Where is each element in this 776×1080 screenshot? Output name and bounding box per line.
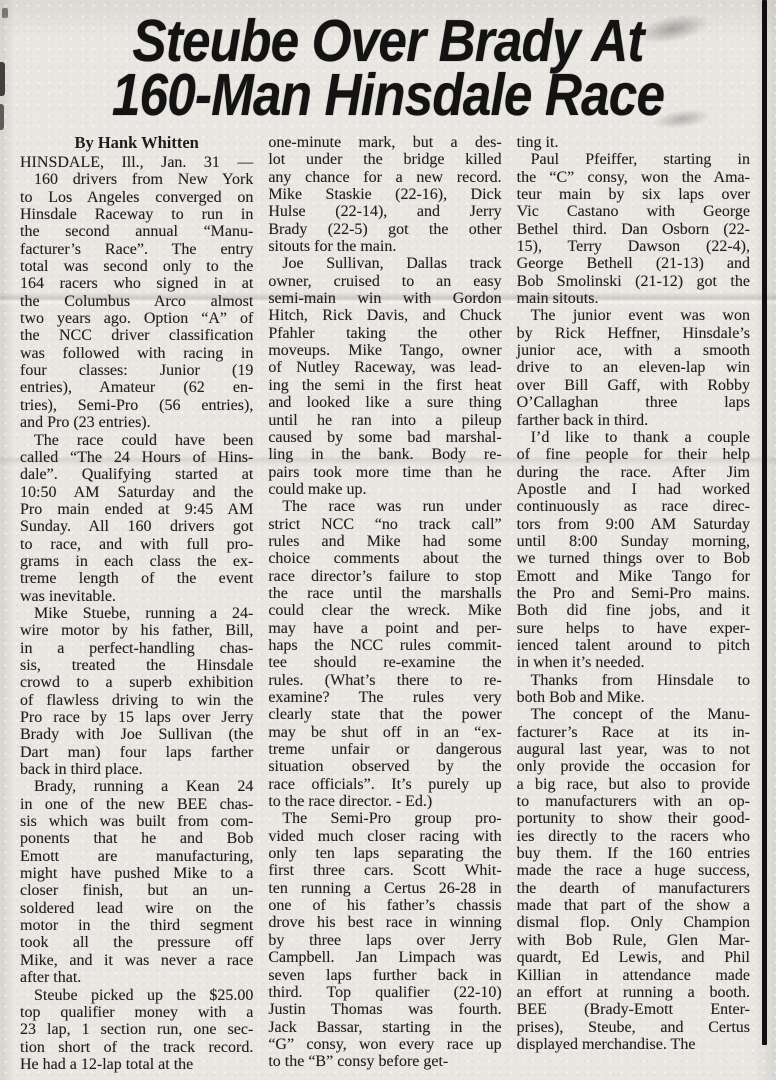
text-line: dismal flop. Only Champion xyxy=(517,914,750,931)
text-line: choice comments about the xyxy=(268,550,501,567)
text-line: Justin Thomas was fourth. xyxy=(268,1001,501,1018)
text-line: to Los Angeles converged on xyxy=(20,189,253,206)
text-line: the race until the marshalls xyxy=(268,585,501,602)
text-line: displayed merchandise. The xyxy=(517,1036,750,1053)
text-line: Hinsdale Raceway to run in xyxy=(20,206,253,223)
text-line: tion short of the track record. xyxy=(20,1039,253,1056)
text-line: crowd to a superb exhibition xyxy=(20,674,253,691)
text-line: took all the pressure off xyxy=(20,934,253,951)
text-line: could make up. xyxy=(268,481,501,498)
text-line: facturer’s Race”. The entry xyxy=(20,241,253,258)
text-line: one-minute mark, but a des- xyxy=(268,134,501,151)
text-line: Mike, and it was never a race xyxy=(20,952,253,969)
headline-line-2: 160-Man Hinsdale Race xyxy=(50,68,725,122)
text-line: ten running a Certus 26-28 in xyxy=(268,880,501,897)
text-line: sure helps to have exper- xyxy=(517,620,750,637)
text-line: Both did fine jobs, and it xyxy=(517,602,750,619)
text-line: and looked like a sure thing xyxy=(268,394,501,411)
text-line: wire motor by his father, Bill, xyxy=(20,622,253,639)
text-line: was inevitable. xyxy=(20,588,253,605)
text-line: continuously as race direc- xyxy=(517,498,750,515)
text-line: I’d like to thank a couple xyxy=(517,429,750,446)
text-line: situation observed by the xyxy=(268,758,501,775)
text-line: top qualifier money with a xyxy=(20,1004,253,1021)
text-line: Campbell. Jan Limpach was xyxy=(268,949,501,966)
text-line: treme unfair or dangerous xyxy=(268,741,501,758)
text-line: until 8:00 Sunday morning, xyxy=(517,533,750,550)
text-line: Pro main ended at 9:45 AM xyxy=(20,501,253,518)
text-line: until he ran into a pileup xyxy=(268,412,501,429)
text-line: lot under the bridge killed xyxy=(268,151,501,168)
text-line: the Columbus Arco almost xyxy=(20,293,253,310)
text-line: vided much closer racing with xyxy=(268,828,501,845)
text-line: Brady (22-5) got the other xyxy=(268,221,501,238)
article-column-1: By Hank Whitten HINSDALE, Ill., Jan. 31 … xyxy=(20,134,253,1073)
text-line: main sitouts. xyxy=(517,290,750,307)
text-line: to race, and with full pro- xyxy=(20,536,253,553)
text-line: ting it. xyxy=(517,134,750,151)
text-line: owner, cruised to an easy xyxy=(268,273,501,290)
text-line: to manufacturers with an op- xyxy=(517,793,750,810)
text-line: ing the semi in the first heat xyxy=(268,377,501,394)
text-line: in when it’s needed. xyxy=(517,654,750,671)
text-line: Hitch, Rick Davis, and Chuck xyxy=(268,307,501,324)
text-line: Vic Castano with George xyxy=(517,203,750,220)
text-line: rules. (What’s there to re- xyxy=(268,672,501,689)
text-line: with Bob Rule, Glen Mar- xyxy=(517,932,750,949)
text-line: in one of the new BEE chas- xyxy=(20,796,253,813)
newspaper-page: Steube Over Brady At 160-Man Hinsdale Ra… xyxy=(0,0,776,1080)
text-line: over Bill Gaff, with Robby xyxy=(517,377,750,394)
text-line: George Bethell (21-13) and xyxy=(517,255,750,272)
text-line: Emott are manufacturing, xyxy=(20,848,253,865)
text-line: Dart man) four laps farther xyxy=(20,744,253,761)
text-line: The race was run under xyxy=(268,498,501,515)
text-line: augural last year, was to not xyxy=(517,741,750,758)
text-line: any chance for a new record. xyxy=(268,169,501,186)
byline: By Hank Whitten xyxy=(20,134,253,152)
text-line: Steube picked up the $25.00 xyxy=(20,987,253,1004)
text-line: first three cars. Scott Whit- xyxy=(268,862,501,879)
text-line: ponents that he and Bob xyxy=(20,830,253,847)
text-line: 164 racers who signed in at xyxy=(20,275,253,292)
text-line: only ten laps separating the xyxy=(268,845,501,862)
text-line: facturer’s Race at its in- xyxy=(517,724,750,741)
text-line: Jack Bassar, starting in the xyxy=(268,1019,501,1036)
text-line: Paul Pfeiffer, starting in xyxy=(517,151,750,168)
text-line: race officials”. It’s purely up xyxy=(268,776,501,793)
text-line: tries), Semi-Pro (56 entries), xyxy=(20,397,253,414)
text-line: Pfahler taking the other xyxy=(268,325,501,342)
text-line: back in third place. xyxy=(20,761,253,778)
text-line: might have pushed Mike to a xyxy=(20,865,253,882)
text-line: by three laps over Jerry xyxy=(268,932,501,949)
text-line: clearly state that the power xyxy=(268,706,501,723)
text-line: after that. xyxy=(20,969,253,986)
text-line: drove his best race in winning xyxy=(268,914,501,931)
text-line: sis, treated the Hinsdale xyxy=(20,657,253,674)
text-line: four classes: Junior (19 xyxy=(20,362,253,379)
text-line: was followed with racing in xyxy=(20,345,253,362)
text-line: the “C” consy, won the Ama- xyxy=(517,169,750,186)
text-line: The junior event was won xyxy=(517,307,750,324)
text-line: both Bob and Mike. xyxy=(517,689,750,706)
text-line: in a perfect-handling chas- xyxy=(20,640,253,657)
text-line: Mike Stuebe, running a 24- xyxy=(20,605,253,622)
text-line: Bob Smolinski (21-12) got the xyxy=(517,273,750,290)
text-line: Hulse (22-14), and Jerry xyxy=(268,203,501,220)
text-line: The concept of the Manu- xyxy=(517,706,750,723)
text-line: Mike Staskie (22-16), Dick xyxy=(268,186,501,203)
text-line: caused by some bad marshal- xyxy=(268,429,501,446)
article-headline: Steube Over Brady At 160-Man Hinsdale Ra… xyxy=(0,14,776,122)
text-line: grams in each class the ex- xyxy=(20,553,253,570)
text-line: third. Top qualifier (22-10) xyxy=(268,984,501,1001)
text-line: strict NCC “no track call” xyxy=(268,516,501,533)
text-line: quardt, Ed Lewis, and Phil xyxy=(517,949,750,966)
text-line: buy them. If the 160 entries xyxy=(517,845,750,862)
text-line: 160 drivers from New York xyxy=(20,171,253,188)
text-line: the Pro and Semi-Pro mains. xyxy=(517,585,750,602)
text-line: examine? The rules very xyxy=(268,689,501,706)
text-line: teur main by six laps over xyxy=(517,186,750,203)
text-line: may be shut off in an “ex- xyxy=(268,724,501,741)
text-line: made the race a huge success, xyxy=(517,862,750,879)
article-body: By Hank Whitten HINSDALE, Ill., Jan. 31 … xyxy=(0,122,776,1073)
text-line: Bethel third. Dan Osborn (22- xyxy=(517,221,750,238)
text-line: tors from 9:00 AM Saturday xyxy=(517,516,750,533)
text-line: rules and Mike had some xyxy=(268,533,501,550)
text-line: “G” consy, won every race up xyxy=(268,1036,501,1053)
text-line: sitouts for the main. xyxy=(268,238,501,255)
text-line: during the race. After Jim xyxy=(517,464,750,481)
text-line: two years ago. Option “A” of xyxy=(20,310,253,327)
text-line: to the “B” consy before get- xyxy=(268,1053,501,1070)
text-line: called “The 24 Hours of Hins- xyxy=(20,449,253,466)
text-line: a big race, but also to provide xyxy=(517,776,750,793)
text-line: drive to an eleven-lap win xyxy=(517,359,750,376)
text-line: prises), Steube, and Certus xyxy=(517,1019,750,1036)
text-line: ling in the bank. Body re- xyxy=(268,446,501,463)
text-line: treme length of the event xyxy=(20,570,253,587)
text-line: tee should re-examine the xyxy=(268,654,501,671)
headline-line-1: Steube Over Brady At xyxy=(50,14,725,68)
text-line: the NCC driver classification xyxy=(20,327,253,344)
text-line: made that part of the show a xyxy=(517,897,750,914)
text-line: one of his father’s chassis xyxy=(268,897,501,914)
text-line: ienced talent around to pitch xyxy=(517,637,750,654)
text-line: the second annual “Manu- xyxy=(20,223,253,240)
text-line: Apostle and I had worked xyxy=(517,481,750,498)
article-column-2: one-minute mark, but a des-lot under the… xyxy=(268,134,501,1073)
text-line: by Rick Heffner, Hinsdale’s xyxy=(517,325,750,342)
text-line: to the race director. - Ed.) xyxy=(268,793,501,810)
text-line: 23 lap, 1 section run, one sec- xyxy=(20,1021,253,1038)
text-line: dale”. Qualifying started at xyxy=(20,466,253,483)
text-line: Killian in attendance made xyxy=(517,967,750,984)
text-line: of flawless driving to win the xyxy=(20,692,253,709)
text-line: pairs took more time than he xyxy=(268,464,501,481)
text-line: O’Callaghan three laps xyxy=(517,394,750,411)
text-line: 10:50 AM Saturday and the xyxy=(20,484,253,501)
text-line: race director’s failure to stop xyxy=(268,568,501,585)
text-line: we turned things over to Bob xyxy=(517,550,750,567)
text-line: of Nutley Raceway, was lead- xyxy=(268,359,501,376)
text-line: Brady with Joe Sullivan (the xyxy=(20,726,253,743)
text-line: could clear the wreck. Mike xyxy=(268,602,501,619)
text-line: total was second only to the xyxy=(20,258,253,275)
text-line: haps the NCC rules commit- xyxy=(268,637,501,654)
text-line: motor in the third segment xyxy=(20,917,253,934)
text-line: and Pro (23 entries). xyxy=(20,414,253,431)
text-line: moveups. Mike Tango, owner xyxy=(268,342,501,359)
text-line: Pro race by 15 laps over Jerry xyxy=(20,709,253,726)
text-line: He had a 12-lap total at the xyxy=(20,1056,253,1073)
text-line: Joe Sullivan, Dallas track xyxy=(268,255,501,272)
text-line: closer finish, but an un- xyxy=(20,882,253,899)
article-column-3: ting it.Paul Pfeiffer, starting inthe “C… xyxy=(517,134,750,1073)
text-line: Thanks from Hinsdale to xyxy=(517,672,750,689)
text-line: seven laps further back in xyxy=(268,967,501,984)
text-line: entries), Amateur (62 en- xyxy=(20,379,253,396)
text-line: Emott and Mike Tango for xyxy=(517,568,750,585)
text-line: soldered lead wire on the xyxy=(20,900,253,917)
text-line: semi-main win with Gordon xyxy=(268,290,501,307)
text-line: Brady, running a Kean 24 xyxy=(20,778,253,795)
text-line: junior ace, with a smooth xyxy=(517,342,750,359)
text-line: HINSDALE, Ill., Jan. 31 — xyxy=(20,154,253,171)
text-line: The Semi-Pro group pro- xyxy=(268,810,501,827)
text-line: farther back in third. xyxy=(517,412,750,429)
text-line: Sunday. All 160 drivers got xyxy=(20,518,253,535)
text-line: 15), Terry Dawson (22-4), xyxy=(517,238,750,255)
text-line: portunity to show their good- xyxy=(517,810,750,827)
text-line: the dearth of manufacturers xyxy=(517,880,750,897)
text-line: an effort at running a booth. xyxy=(517,984,750,1001)
text-line: only provide the occasion for xyxy=(517,758,750,775)
text-line: ies directly to the racers who xyxy=(517,828,750,845)
text-line: The race could have been xyxy=(20,432,253,449)
text-line: sis which was built from com- xyxy=(20,813,253,830)
text-line: BEE (Brady-Emott Enter- xyxy=(517,1001,750,1018)
text-line: may have a point and per- xyxy=(268,620,501,637)
text-line: of fine people for their help xyxy=(517,446,750,463)
